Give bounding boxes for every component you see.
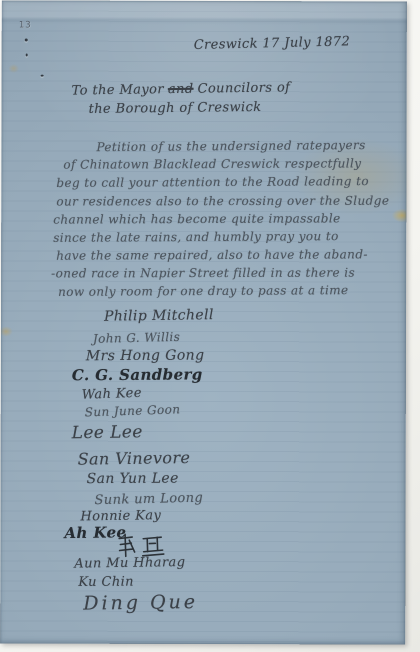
- signature: Sunk um Loong: [94, 492, 203, 509]
- signature: Lee Lee: [72, 423, 143, 443]
- signature: Ding Que: [83, 592, 198, 615]
- signature: Wah Kee: [82, 387, 142, 403]
- body-line: beg to call your attention to the Road l…: [56, 175, 369, 190]
- signature: C. G. Sandberg: [72, 366, 203, 383]
- folio-mark: 13: [19, 21, 32, 31]
- chinese-characters-icon: [116, 531, 165, 559]
- signature: San Vinevore: [78, 449, 191, 468]
- addressee-line-1-after: Councilors of: [197, 80, 290, 96]
- addressee-line-1-before: To the Mayor: [71, 82, 164, 98]
- signature: Sun June Goon: [85, 403, 181, 419]
- body-line: since the late rains, and humbly pray yo…: [53, 230, 339, 245]
- pin-hole: [41, 75, 44, 77]
- pin-hole: [25, 39, 28, 42]
- pin-hole: [26, 54, 28, 57]
- body-line: now only room for one dray to pass at a …: [58, 284, 348, 299]
- body-line: -oned race in Napier Street filled in as…: [51, 267, 355, 281]
- letter-paper: 13 Creswick 17 July 1872 To the Mayorand…: [0, 0, 407, 644]
- signature: San Yun Lee: [87, 472, 179, 488]
- signature: Aun Mu Hharag: [74, 556, 185, 572]
- signature: Philip Mitchell: [104, 308, 214, 325]
- body-line: of Chinatown Blacklead Creswick respectf…: [63, 157, 361, 171]
- addressee-line-2: the Borough of Creswick: [88, 101, 261, 117]
- body-line: channel which has become quite impassabl…: [53, 212, 340, 226]
- signature: Mrs Hong Gong: [86, 348, 205, 364]
- struck-word: and: [168, 82, 194, 97]
- signature: Ku Chin: [78, 576, 134, 591]
- body-line: have the same repaired, also to have the…: [56, 248, 368, 263]
- addressee-line-1: To the MayorandCouncilors of: [72, 81, 291, 99]
- body-line: Petition of us the undersigned ratepayer…: [96, 139, 365, 154]
- document-scan: 13 Creswick 17 July 1872 To the Mayorand…: [0, 0, 420, 652]
- body-line: our residences also to the crossing over…: [56, 195, 389, 209]
- signature: John G. Willis: [93, 331, 181, 346]
- dateline: Creswick 17 July 1872: [194, 35, 351, 53]
